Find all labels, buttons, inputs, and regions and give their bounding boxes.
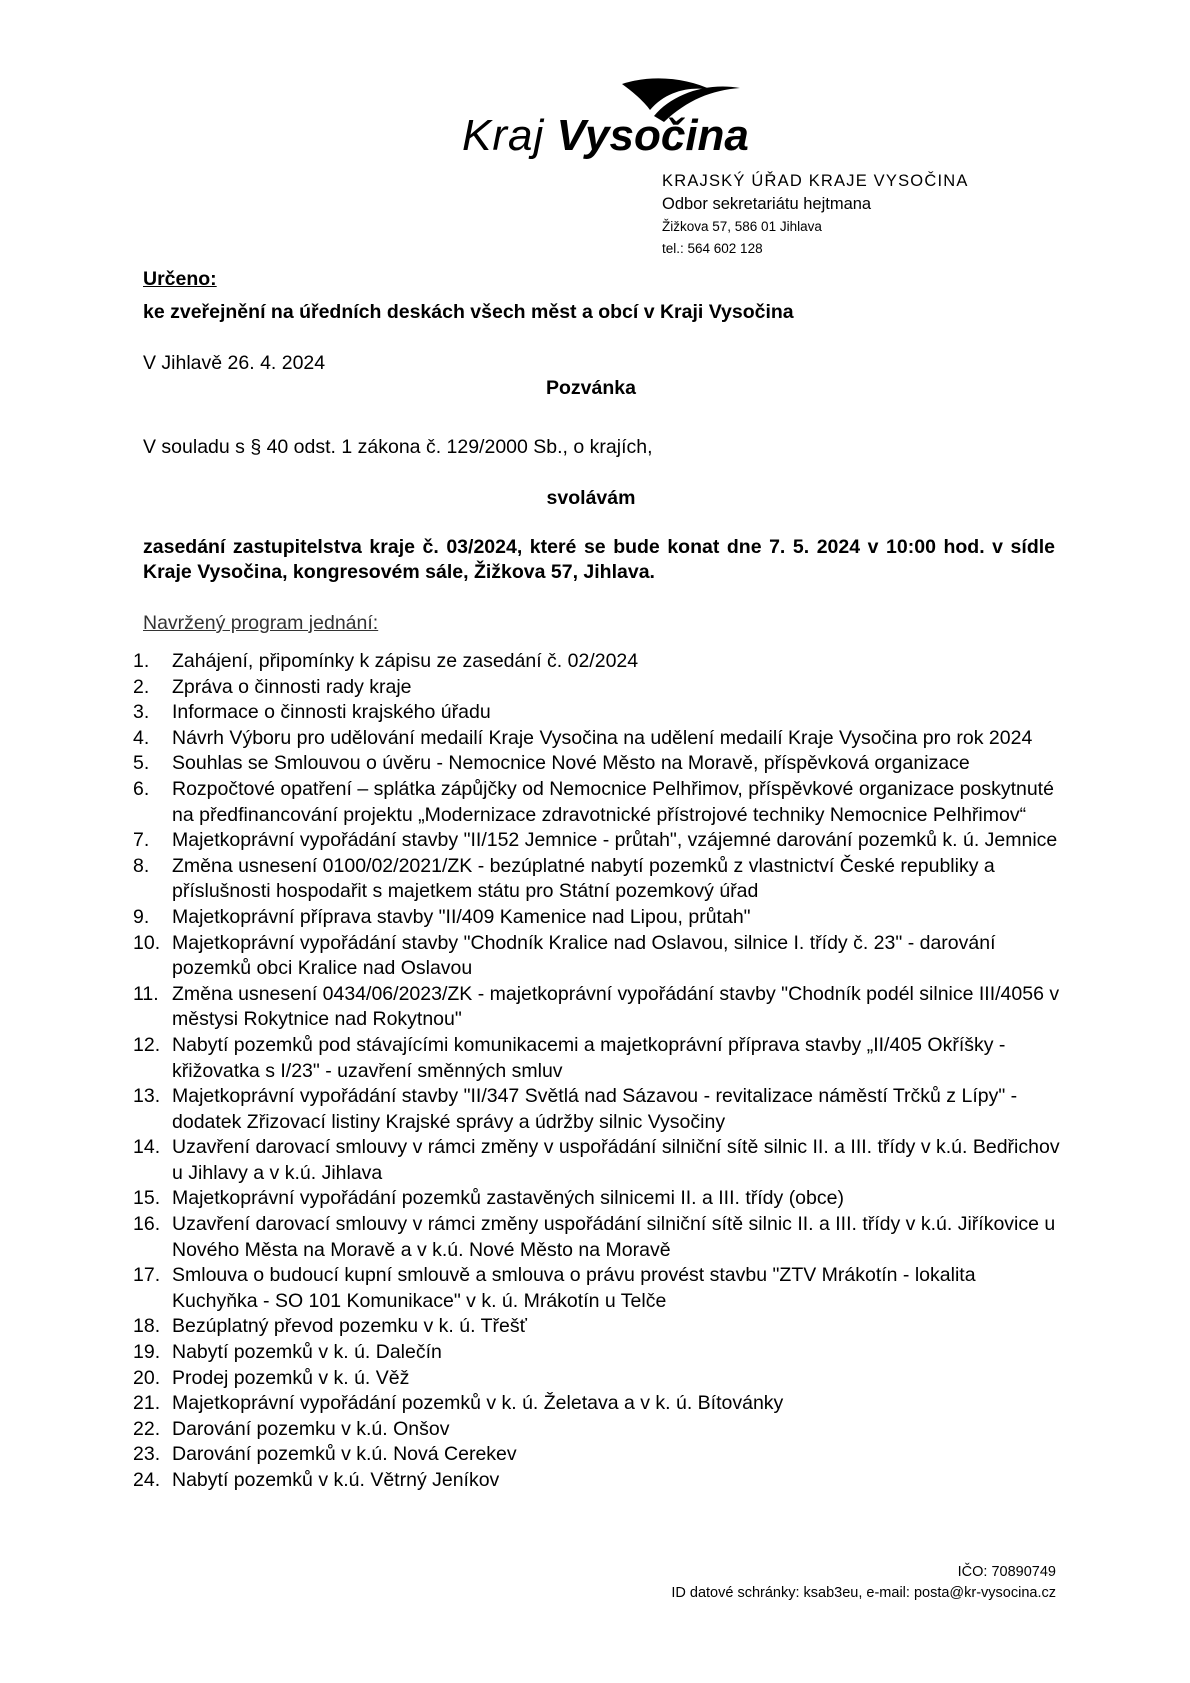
agenda-item-text: Uzavření darovací smlouvy v rámci změny …	[172, 1212, 1063, 1263]
agenda-item: 23.Darování pozemků v k.ú. Nová Cerekev	[133, 1442, 1063, 1468]
agenda-item: 8.Změna usnesení 0100/02/2021/ZK - bezúp…	[133, 854, 1063, 905]
agenda-item-number: 18.	[133, 1314, 172, 1340]
agenda-item: 22.Darování pozemku v k.ú. Onšov	[133, 1417, 1063, 1443]
agenda-item: 15.Majetkoprávní vypořádání pozemků zast…	[133, 1186, 1063, 1212]
agenda-item-number: 5.	[133, 751, 172, 777]
agenda-item: 1.Zahájení, připomínky k zápisu ze zased…	[133, 649, 1063, 675]
agenda-item-text: Bezúplatný převod pozemku v k. ú. Třešť	[172, 1314, 1063, 1340]
agenda-item-text: Nabytí pozemků v k.ú. Větrný Jeníkov	[172, 1468, 1063, 1494]
agenda-item: 6.Rozpočtové opatření – splátka zápůjčky…	[133, 777, 1063, 828]
agenda-item-text: Darování pozemků v k.ú. Nová Cerekev	[172, 1442, 1063, 1468]
agenda-item: 9.Majetkoprávní příprava stavby "II/409 …	[133, 905, 1063, 931]
agenda-item: 11.Změna usnesení 0434/06/2023/ZK - maje…	[133, 982, 1063, 1033]
agenda-item-text: Majetkoprávní vypořádání stavby "II/152 …	[172, 828, 1063, 854]
agenda-item-number: 4.	[133, 726, 172, 752]
agenda-item-text: Nabytí pozemků pod stávajícími komunikac…	[172, 1033, 1063, 1084]
agenda-item-number: 9.	[133, 905, 172, 931]
agenda-item: 24.Nabytí pozemků v k.ú. Větrný Jeníkov	[133, 1468, 1063, 1494]
agenda-item-text: Souhlas se Smlouvou o úvěru - Nemocnice …	[172, 751, 1063, 777]
agenda-item-text: Rozpočtové opatření – splátka zápůjčky o…	[172, 777, 1063, 828]
agenda-item-text: Změna usnesení 0434/06/2023/ZK - majetko…	[172, 982, 1063, 1033]
agenda-item-text: Změna usnesení 0100/02/2021/ZK - bezúpla…	[172, 854, 1063, 905]
agenda-item-text: Majetkoprávní vypořádání pozemků zastavě…	[172, 1186, 1063, 1212]
agenda-item-number: 3.	[133, 700, 172, 726]
agenda-item-number: 6.	[133, 777, 172, 828]
logo-word-kraj: Kraj	[462, 111, 544, 160]
agenda-item: 5.Souhlas se Smlouvou o úvěru - Nemocnic…	[133, 751, 1063, 777]
agenda-item-number: 12.	[133, 1033, 172, 1084]
agenda-item: 2.Zpráva o činnosti rady kraje	[133, 675, 1063, 701]
agenda-item-number: 15.	[133, 1186, 172, 1212]
agenda-item-number: 16.	[133, 1212, 172, 1263]
agenda-item: 16.Uzavření darovací smlouvy v rámci změ…	[133, 1212, 1063, 1263]
agenda-item-number: 21.	[133, 1391, 172, 1417]
agenda-item-number: 7.	[133, 828, 172, 854]
agenda-list: 1.Zahájení, připomínky k zápisu ze zased…	[133, 649, 1063, 1494]
agenda-item-number: 19.	[133, 1340, 172, 1366]
agenda-item-number: 14.	[133, 1135, 172, 1186]
intended-label: Určeno:	[143, 268, 1058, 291]
agenda-item-text: Majetkoprávní příprava stavby "II/409 Ka…	[172, 905, 1063, 931]
agenda-item-number: 11.	[133, 982, 172, 1033]
agenda-item: 19.Nabytí pozemků v k. ú. Dalečín	[133, 1340, 1063, 1366]
agenda-item: 14.Uzavření darovací smlouvy v rámci změ…	[133, 1135, 1063, 1186]
logo-wordmark: Kraj Vysočina	[462, 110, 749, 162]
footer: IČO: 70890749 ID datové schránky: ksab3e…	[671, 1562, 1056, 1604]
agenda-item-text: Majetkoprávní vypořádání stavby "II/347 …	[172, 1084, 1063, 1135]
intended-recipients: ke zveřejnění na úředních deskách všech …	[143, 301, 1058, 324]
agenda-item-number: 1.	[133, 649, 172, 675]
document-page: Kraj Vysočina KRAJSKÝ ÚŘAD KRAJE VYSOČIN…	[0, 0, 1190, 1683]
agenda-item-text: Uzavření darovací smlouvy v rámci změny …	[172, 1135, 1063, 1186]
footer-contact: ID datové schránky: ksab3eu, e-mail: pos…	[671, 1583, 1056, 1604]
agenda-item-number: 10.	[133, 931, 172, 982]
agenda-item: 13.Majetkoprávní vypořádání stavby "II/3…	[133, 1084, 1063, 1135]
agenda-item: 7.Majetkoprávní vypořádání stavby "II/15…	[133, 828, 1063, 854]
agenda-item-number: 13.	[133, 1084, 172, 1135]
department-name: Odbor sekretariátu hejtmana	[662, 192, 969, 216]
agenda-item-text: Informace o činnosti krajského úřadu	[172, 700, 1063, 726]
logo-word-vysocina: Vysočina	[556, 111, 748, 160]
agenda-item-number: 20.	[133, 1366, 172, 1392]
agenda-item-number: 23.	[133, 1442, 172, 1468]
office-address: Žižkova 57, 586 01 Jihlava	[662, 216, 969, 238]
agenda-item: 17.Smlouva o budoucí kupní smlouvě a sml…	[133, 1263, 1063, 1314]
meeting-details: zasedání zastupitelstva kraje č. 03/2024…	[143, 535, 1055, 585]
office-name: KRAJSKÝ ÚŘAD KRAJE VYSOČINA	[662, 170, 969, 192]
agenda-item-number: 2.	[133, 675, 172, 701]
agenda-item: 10.Majetkoprávní vypořádání stavby "Chod…	[133, 931, 1063, 982]
agenda-item: 12.Nabytí pozemků pod stávajícími komuni…	[133, 1033, 1063, 1084]
convene-heading: svolávám	[143, 487, 1039, 510]
office-header: KRAJSKÝ ÚŘAD KRAJE VYSOČINA Odbor sekret…	[662, 170, 969, 260]
agenda-item-text: Zpráva o činnosti rady kraje	[172, 675, 1063, 701]
agenda-item-text: Smlouva o budoucí kupní smlouvě a smlouv…	[172, 1263, 1063, 1314]
agenda-item: 18.Bezúplatný převod pozemku v k. ú. Tře…	[133, 1314, 1063, 1340]
agenda-item: 21.Majetkoprávní vypořádání pozemků v k.…	[133, 1391, 1063, 1417]
agenda-item-number: 24.	[133, 1468, 172, 1494]
kraj-vysocina-logo: Kraj Vysočina	[462, 70, 742, 170]
legal-basis: V souladu s § 40 odst. 1 zákona č. 129/2…	[143, 436, 1058, 459]
agenda-item-text: Prodej pozemků v k. ú. Věž	[172, 1366, 1063, 1392]
agenda-item-number: 8.	[133, 854, 172, 905]
agenda-item-text: Majetkoprávní vypořádání pozemků v k. ú.…	[172, 1391, 1063, 1417]
agenda-item: 3.Informace o činnosti krajského úřadu	[133, 700, 1063, 726]
document-title: Pozvánka	[143, 377, 1039, 400]
footer-ico: IČO: 70890749	[671, 1562, 1056, 1583]
agenda-item: 20.Prodej pozemků v k. ú. Věž	[133, 1366, 1063, 1392]
agenda-item-text: Majetkoprávní vypořádání stavby "Chodník…	[172, 931, 1063, 982]
agenda-item-number: 22.	[133, 1417, 172, 1443]
agenda-item-text: Nabytí pozemků v k. ú. Dalečín	[172, 1340, 1063, 1366]
agenda-item: 4.Návrh Výboru pro udělování medailí Kra…	[133, 726, 1063, 752]
agenda-item-text: Darování pozemku v k.ú. Onšov	[172, 1417, 1063, 1443]
agenda-item-text: Zahájení, připomínky k zápisu ze zasedán…	[172, 649, 1063, 675]
agenda-item-text: Návrh Výboru pro udělování medailí Kraje…	[172, 726, 1063, 752]
place-and-date: V Jihlavě 26. 4. 2024	[143, 352, 1058, 375]
office-phone: tel.: 564 602 128	[662, 238, 969, 260]
agenda-item-number: 17.	[133, 1263, 172, 1314]
agenda-title: Navržený program jednání:	[143, 612, 1058, 635]
